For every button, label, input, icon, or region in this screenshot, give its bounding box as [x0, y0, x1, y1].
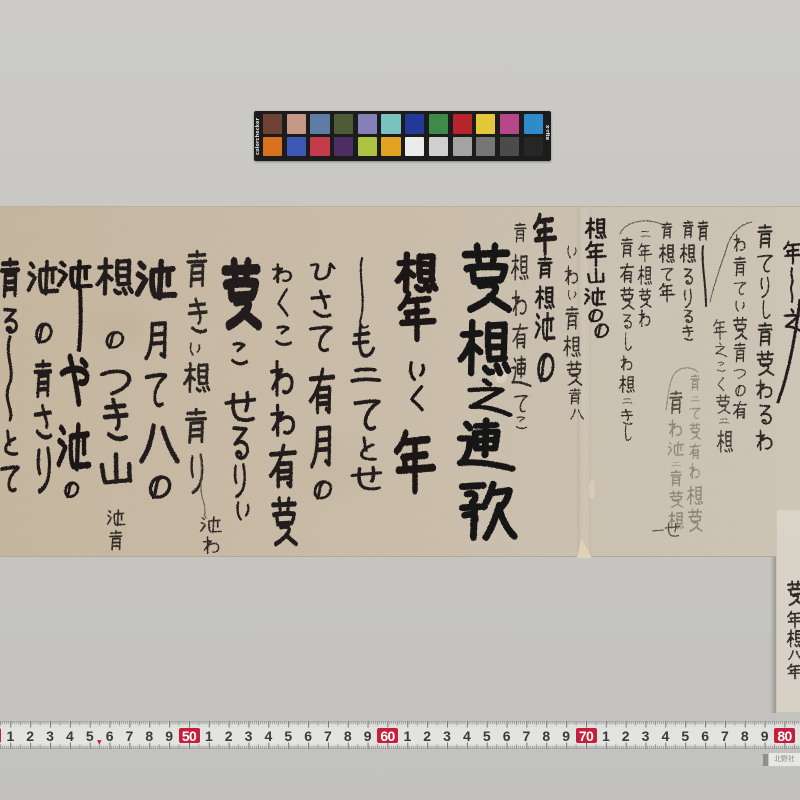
- color-patch-moderate-red: [310, 137, 329, 156]
- color-patch-yellow-green: [358, 137, 377, 156]
- paper-stain: [495, 365, 507, 383]
- ruler-label: 5: [477, 728, 497, 743]
- ruler-label: 1: [199, 728, 219, 743]
- color-patch-cyan: [524, 114, 543, 134]
- color-patch-neutral-6-5: [453, 137, 472, 156]
- ruler-label: 9: [159, 728, 179, 743]
- color-checker-card: colorchecker x·rite: [254, 111, 551, 161]
- ruler-label: 8: [139, 728, 159, 743]
- ruler-label-60: 60: [377, 728, 398, 743]
- color-patch-orange-yellow: [381, 137, 400, 156]
- color-patch-red: [453, 114, 472, 134]
- ruler-label: 3: [239, 728, 259, 743]
- ruler-label: 2: [219, 728, 239, 743]
- color-patch-orange: [263, 137, 282, 156]
- paper-joint-seam: [577, 207, 591, 556]
- ruler-label: 8: [735, 728, 755, 743]
- ruler-label: 6: [497, 728, 517, 743]
- ruler-label: 4: [60, 728, 80, 743]
- color-patch-black: [524, 137, 543, 156]
- scroll-paper: [0, 206, 800, 557]
- ruler-label: 3: [40, 728, 60, 743]
- ruler-label: 4: [655, 728, 675, 743]
- color-patch-light-skin: [287, 114, 306, 134]
- ruler-label: 7: [318, 728, 338, 743]
- paper-stain: [589, 479, 595, 499]
- ruler-label: 9: [755, 728, 775, 743]
- color-patch-neutral-8: [429, 137, 448, 156]
- ruler-label: 5: [675, 728, 695, 743]
- ruler-label: 9: [556, 728, 576, 743]
- ruler-label: 5: [278, 728, 298, 743]
- color-patch-bluish-green: [381, 114, 400, 134]
- color-checker-brand-label: colorchecker: [255, 114, 262, 158]
- ruler-label: 4: [457, 728, 477, 743]
- ruler-label: 6: [695, 728, 715, 743]
- ruler-label: 8: [338, 728, 358, 743]
- ruler-label: 1: [397, 728, 417, 743]
- color-patch-foliage: [334, 114, 353, 134]
- color-checker-maker-label: x·rite: [543, 125, 550, 140]
- ruler-label: 3: [636, 728, 656, 743]
- ruler-label: 2: [616, 728, 636, 743]
- ruler-position-marker-icon: ▼: [97, 739, 102, 746]
- attached-paper-slip: [776, 510, 800, 712]
- color-patch-white: [405, 137, 424, 156]
- color-patch-blue-flower: [358, 114, 377, 134]
- ruler-label: 7: [715, 728, 735, 743]
- color-patch-neutral-3-5: [500, 137, 519, 156]
- ruler-label: 3: [437, 728, 457, 743]
- color-patch-purplish-blue: [287, 137, 306, 156]
- ruler-label: 6: [298, 728, 318, 743]
- ruler-label: 1: [0, 728, 20, 743]
- color-patch-neutral-5: [476, 137, 495, 156]
- ruler-label: 7: [516, 728, 536, 743]
- ruler-label: 7: [119, 728, 139, 743]
- color-patch-yellow: [476, 114, 495, 134]
- ruler-label-50: 50: [179, 728, 200, 743]
- color-patch-dark-skin: [263, 114, 282, 134]
- ruler-label: 1: [596, 728, 616, 743]
- ruler-label-70: 70: [576, 728, 597, 743]
- color-patch-grid: [263, 114, 543, 156]
- ruler-label-80: 80: [774, 728, 795, 743]
- color-patch-blue: [405, 114, 424, 134]
- measuring-tape-ruler: 40 1 2 3 4 5 6 7 8 9 50 1 2 3 4 5 6 7 8 …: [0, 721, 800, 749]
- color-patch-purple: [334, 137, 353, 156]
- ruler-label: 6: [100, 728, 120, 743]
- color-patch-green: [429, 114, 448, 134]
- ruler-label: 4: [258, 728, 278, 743]
- label-tab: [763, 754, 768, 766]
- ruler-label: 2: [20, 728, 40, 743]
- color-patch-blue-sky: [310, 114, 329, 134]
- collection-label: 北野社: [769, 753, 800, 766]
- ruler-label: 2: [417, 728, 437, 743]
- ruler-label: 9: [358, 728, 378, 743]
- ruler-label: 8: [536, 728, 556, 743]
- color-patch-magenta: [500, 114, 519, 134]
